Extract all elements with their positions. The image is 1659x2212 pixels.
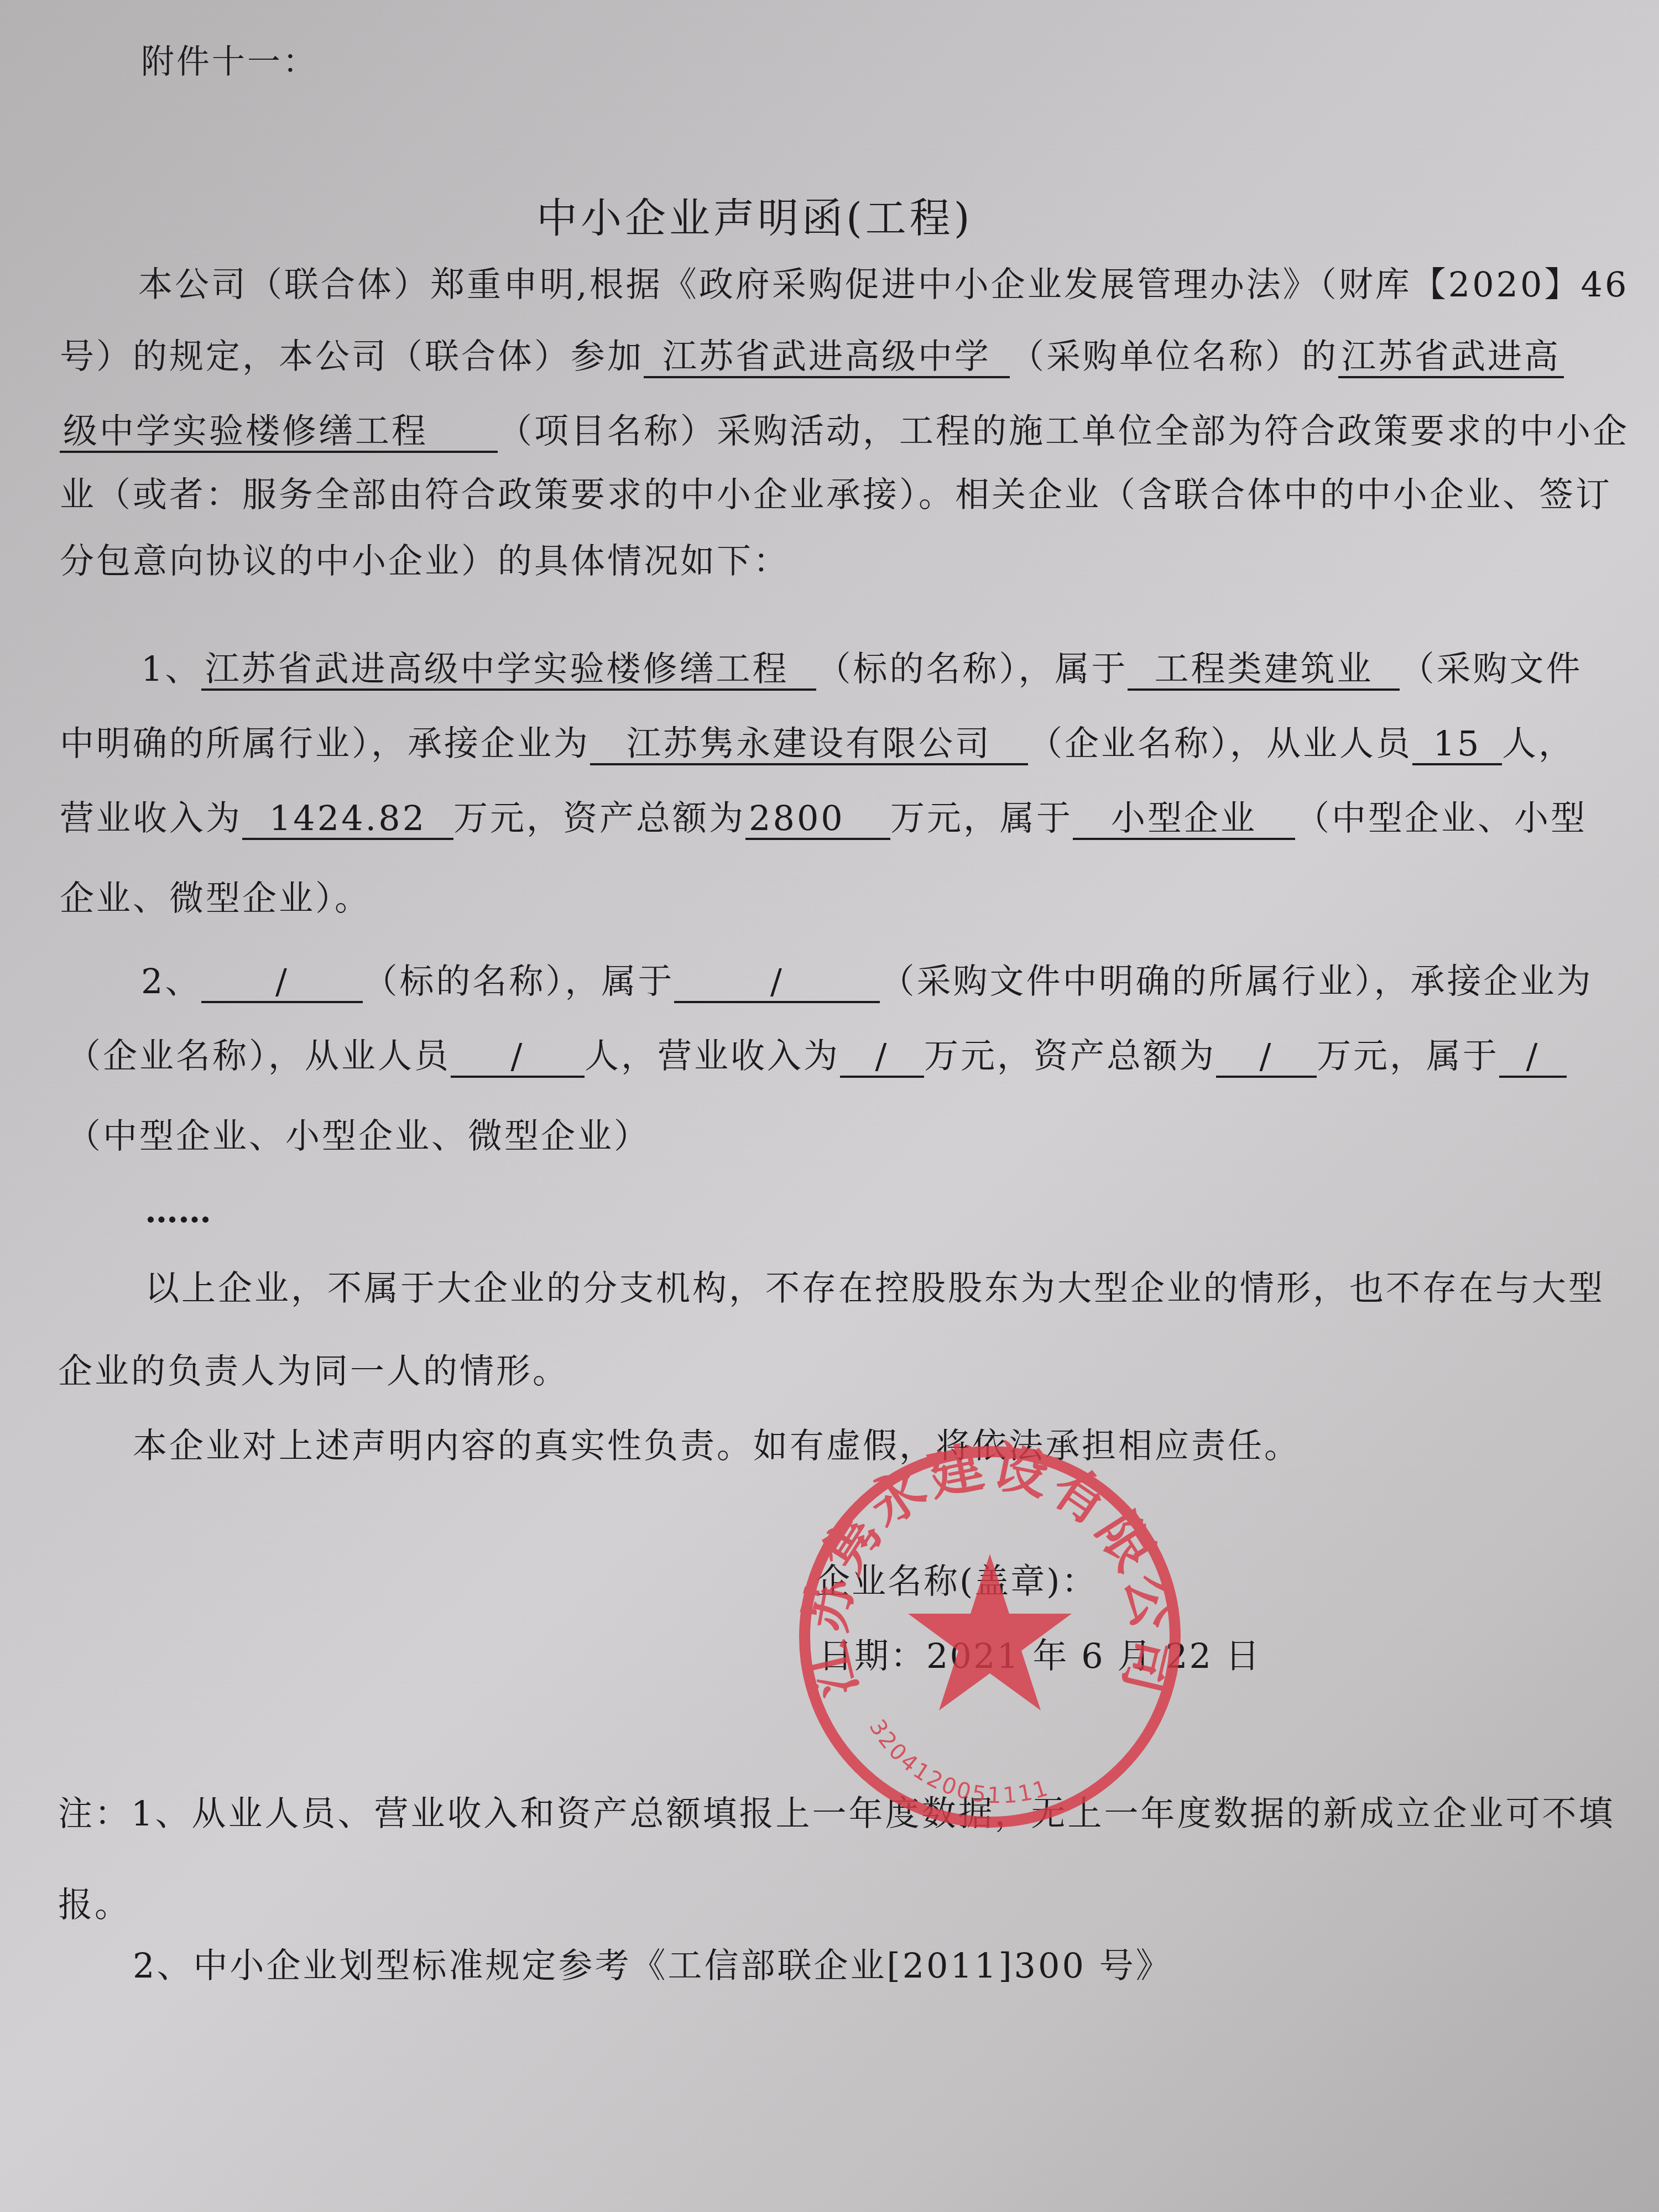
document-title: 中小企业声明函(工程) bbox=[536, 196, 973, 241]
item2-revenue-field: / bbox=[840, 1037, 924, 1078]
note-2: 2、中小企业划型标准规定参考《工信部联企业[2011]300 号》 bbox=[133, 1944, 1172, 1988]
item2-assets-field: / bbox=[1216, 1037, 1317, 1078]
company-seal-label: 企业名称(盖章)： bbox=[816, 1559, 1097, 1604]
purchaser-name-label: （采购单位名称）的 bbox=[1010, 336, 1338, 377]
statement-line-2: 企业的负责人为同一人的情形。 bbox=[58, 1349, 569, 1394]
item1-line-4: 企业、微型企业）。 bbox=[60, 877, 371, 921]
ellipsis: …… bbox=[145, 1189, 211, 1233]
item2-line-2: （企业名称），从业人员/人，营业收入为/万元，资产总额为/万元，属于/ bbox=[66, 1034, 1567, 1078]
document-page: 附件十一： 中小企业声明函(工程) 本公司（联合体）郑重申明,根据《政府采购促进… bbox=[0, 0, 1659, 2212]
item1-number: 1、 bbox=[141, 649, 201, 689]
item2-industry-field: / bbox=[674, 962, 880, 1003]
item2-number: 2、 bbox=[141, 961, 201, 1001]
item2-line-1: 2、/（标的名称），属于/（采购文件中明确的所属行业），承接企业为 bbox=[141, 959, 1593, 1004]
intro-text-2: 号）的规定，本公司（联合体）参加 bbox=[60, 336, 644, 377]
note-1-line-2: 报。 bbox=[58, 1883, 131, 1927]
item2-assets-label: 万元，资产总额为 bbox=[924, 1036, 1216, 1076]
item1-employees-unit: 人， bbox=[1502, 723, 1575, 764]
item1-company-field: 江苏隽永建设有限公司 bbox=[590, 724, 1028, 765]
item2-industry-label: （采购文件中明确的所属行业），承接企业为 bbox=[880, 961, 1593, 1001]
item1-line-3: 营业收入为1424.82万元，资产总额为2800万元，属于小型企业（中型企业、小… bbox=[60, 796, 1587, 841]
date-row: 日期：2021 年 6 月 22 日 bbox=[818, 1634, 1261, 1678]
statement-line-1: 以上企业，不属于大企业的分支机构，不存在控股股东为大型企业的情形，也不存在与大型 bbox=[145, 1266, 1605, 1311]
intro-line-5: 分包意向协议的中小企业）的具体情况如下： bbox=[60, 539, 790, 583]
intro-line-2: 号）的规定，本公司（联合体）参加江苏省武进高级中学（采购单位名称）的江苏省武进高 bbox=[60, 335, 1564, 379]
date-value: 2021 年 6 月 22 日 bbox=[926, 1636, 1261, 1676]
item1-subject-field: 江苏省武进高级中学实验楼修缮工程 bbox=[201, 650, 816, 691]
project-name-field-part1: 江苏省武进高 bbox=[1338, 337, 1564, 378]
item1-company-label: （企业名称），从业人员 bbox=[1028, 723, 1412, 764]
item2-subject-label: （标的名称），属于 bbox=[363, 961, 674, 1001]
item2-subject-field: / bbox=[201, 962, 363, 1003]
item1-size-field: 小型企业 bbox=[1073, 799, 1295, 840]
statement-line-3: 本企业对上述声明内容的真实性负责。如有虚假，将依法承担相应责任。 bbox=[133, 1424, 1301, 1468]
item1-assets-field: 2800 bbox=[745, 799, 890, 840]
item1-assets-label: 万元，资产总额为 bbox=[453, 798, 745, 838]
intro-text-1: 本公司（联合体）郑重申明,根据《政府采购促进中小企业发展管理办法》（财库【202… bbox=[138, 264, 1629, 305]
item1-size-options: （中型企业、小型 bbox=[1295, 798, 1587, 838]
item1-line-1: 1、江苏省武进高级中学实验楼修缮工程（标的名称），属于工程类建筑业（采购文件 bbox=[141, 647, 1582, 691]
item2-revenue-label: 人，营业收入为 bbox=[585, 1036, 840, 1076]
item1-contractor-label: 中明确的所属行业），承接企业为 bbox=[60, 723, 590, 764]
item1-industry-field: 工程类建筑业 bbox=[1128, 650, 1400, 691]
intro-line-4: 业（或者：服务全部由符合政策要求的中小企业承接）。相关企业（含联合体中的中小企业… bbox=[60, 473, 1612, 517]
item1-size-label: 万元，属于 bbox=[890, 798, 1073, 838]
item2-size-field: / bbox=[1499, 1037, 1567, 1078]
item2-line-3: （中型企业、小型企业、微型企业） bbox=[66, 1114, 650, 1159]
item1-line-2: 中明确的所属行业），承接企业为江苏隽永建设有限公司（企业名称），从业人员15人， bbox=[60, 722, 1575, 766]
item1-employees-field: 15 bbox=[1412, 724, 1502, 765]
purchaser-name-field: 江苏省武进高级中学 bbox=[644, 337, 1010, 378]
intro-line-3: 级中学实验楼修缮工程（项目名称）采购活动，工程的施工单位全部为符合政策要求的中小… bbox=[60, 409, 1629, 453]
item1-revenue-field: 1424.82 bbox=[242, 799, 453, 840]
intro-line-1: 本公司（联合体）郑重申明,根据《政府采购促进中小企业发展管理办法》（财库【202… bbox=[138, 263, 1629, 307]
item2-company-label: （企业名称），从业人员 bbox=[66, 1036, 451, 1076]
project-name-field-part2: 级中学实验楼修缮工程 bbox=[60, 412, 498, 453]
item1-revenue-label: 营业收入为 bbox=[60, 798, 242, 838]
item1-subject-label: （标的名称），属于 bbox=[816, 649, 1128, 689]
note-1-line-1: 注：1、从业人员、营业收入和资产总额填报上一年度数据，无上一年度数据的新成立企业… bbox=[58, 1792, 1615, 1836]
attachment-label: 附件十一： bbox=[141, 40, 318, 84]
item1-industry-label: （采购文件 bbox=[1400, 649, 1582, 689]
item2-employees-field: / bbox=[451, 1037, 585, 1078]
item2-size-label: 万元，属于 bbox=[1317, 1036, 1499, 1076]
date-label: 日期： bbox=[818, 1636, 926, 1676]
intro-text-3: （项目名称）采购活动，工程的施工单位全部为符合政策要求的中小企 bbox=[498, 411, 1629, 451]
